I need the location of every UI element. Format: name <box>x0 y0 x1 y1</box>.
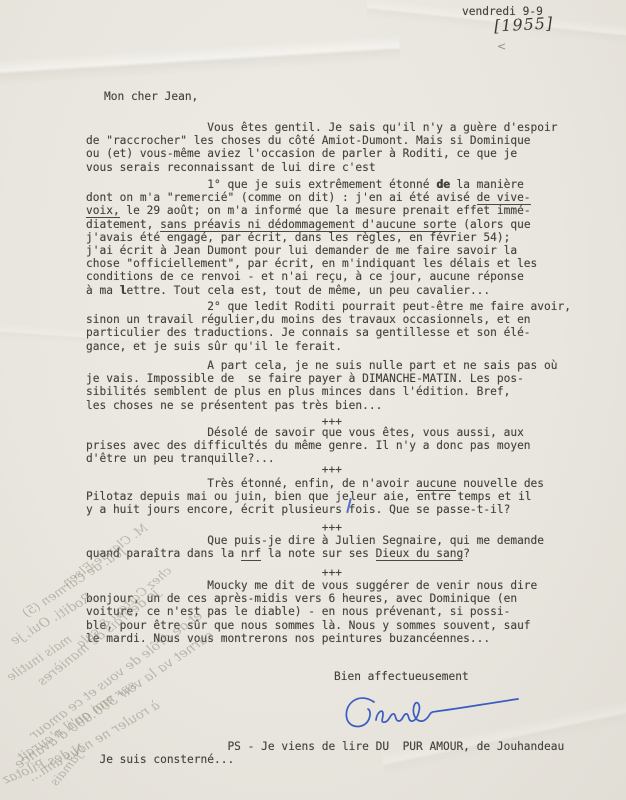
text-line: bonjour, un de ces après-midis vers 6 he… <box>86 592 610 605</box>
text-line: de "raccrocher" les choses du côté Amiot… <box>86 134 610 147</box>
paragraph: Que puis-je dire à Julien Segnaire, qui … <box>86 534 610 560</box>
text-line: j'ai écrit à Jean Dumont pour lui demand… <box>86 244 610 257</box>
paragraph: 2° que ledit Roditi pourrait peut-être m… <box>86 300 610 353</box>
handwriting-fragment: jamais <box>48 749 84 788</box>
text-line: diatement, sans préavis ni dédommagement… <box>86 218 610 231</box>
text-line: Vous êtes gentil. Je sais qu'il n'y a gu… <box>86 121 610 134</box>
paragraph: Très étonné, enfin, de n'avoir aucune no… <box>86 477 610 517</box>
handwriting-fragment: Roditi. Oui, je <box>8 590 94 648</box>
text-line: vous serais reconnaissant de lui dire c'… <box>86 161 610 174</box>
text-line: prises avec des difficultés du même genr… <box>86 439 610 452</box>
paragraph: PS - Je viens de lire DU PUR AMOUR, de J… <box>86 740 610 766</box>
paragraph: Moucky me dit de vous suggérer de venir … <box>86 579 610 645</box>
text-line: PS - Je viens de lire DU PUR AMOUR, de J… <box>86 740 610 753</box>
handwriting-fragment: N des Pilotaz <box>0 741 86 788</box>
text-line: le mardi. Nous vous montrerons nos peint… <box>86 632 610 645</box>
signature-stroke <box>346 698 518 726</box>
paper-crease <box>0 35 400 87</box>
text-line: gance, et je suis sûr qu'il le ferait. <box>86 340 610 353</box>
text-line: Que puis-je dire à Julien Segnaire, qui … <box>86 534 610 547</box>
text-line: les choses ne se présentent pas très bie… <box>86 399 610 412</box>
text-line: conditions de ce renvoi - et n'ai reçu, … <box>86 270 610 283</box>
handwritten-year: [1955] <box>494 13 554 35</box>
text-line: dont on m'a "remercié" (comme on dit) : … <box>86 191 610 204</box>
text-line: je vais. Impossible de se faire payer à … <box>86 372 610 385</box>
text-line: Moucky me dit de vous suggérer de venir … <box>86 579 610 592</box>
text-line: Désolé de savoir que vous êtes, vous aus… <box>86 426 610 439</box>
signature-claude <box>338 686 533 741</box>
greeting: Mon cher Jean, <box>104 90 198 103</box>
text-line: voiture, ce n'est pas le diable) - en no… <box>86 605 610 618</box>
text-line: j'avais été engagé, par écrit, dans les … <box>86 231 610 244</box>
text-line: à ma lettre. Tout cela est, tout de même… <box>86 284 610 297</box>
text-line: Je suis consterné... <box>86 753 610 766</box>
paragraph: Désolé de savoir que vous êtes, vous aus… <box>86 426 610 466</box>
text-line: +++ <box>86 566 610 579</box>
closing-salutation: Bien affectueusement <box>334 670 469 683</box>
paragraph: 1° que je suis extrêmement étonné de la … <box>86 178 610 297</box>
text-line: ble, pour être sûr que nous sommes là. N… <box>86 619 610 632</box>
text-line: 2° que ledit Roditi pourrait peut-être m… <box>86 300 610 313</box>
paragraph: +++ <box>86 566 610 579</box>
text-line: sibilités semblent de plus en plus mince… <box>86 385 610 398</box>
paragraph: +++ <box>86 463 610 476</box>
paragraph: +++ <box>86 521 610 534</box>
text-line: voix, le 29 août; on m'a informé que la … <box>86 204 610 217</box>
text-line: ou (et) vous-même aviez l'occasion de pa… <box>86 147 610 160</box>
text-line: particulier des traductions. Je connais … <box>86 326 610 339</box>
letter-page: vendredi 9-9 [1955] < Mon cher Jean, Vou… <box>0 0 626 800</box>
text-line: 1° que je suis extrêmement étonné de la … <box>86 178 610 191</box>
text-line: +++ <box>86 463 610 476</box>
text-line: Pilotaz depuis mai ou juin, bien que jel… <box>86 490 610 503</box>
text-line: A part cela, je ne suis nulle part et ne… <box>86 359 610 372</box>
text-line: chose "officiellement", par écrit, en m'… <box>86 257 610 270</box>
text-line: Très étonné, enfin, de n'avoir aucune no… <box>86 477 610 490</box>
text-line: sinon un travail régulier,du moins des t… <box>86 313 610 326</box>
pen-caret-mark: < <box>497 40 506 53</box>
handwriting-fragment: mais inutile <box>4 631 74 684</box>
paragraph: A part cela, je ne suis nulle part et ne… <box>86 359 610 412</box>
paragraph: Vous êtes gentil. Je sais qu'il n'y a gu… <box>86 121 610 174</box>
text-line: +++ <box>86 521 610 534</box>
text-line: quand paraîtra dans la nrf la note sur s… <box>86 547 610 560</box>
